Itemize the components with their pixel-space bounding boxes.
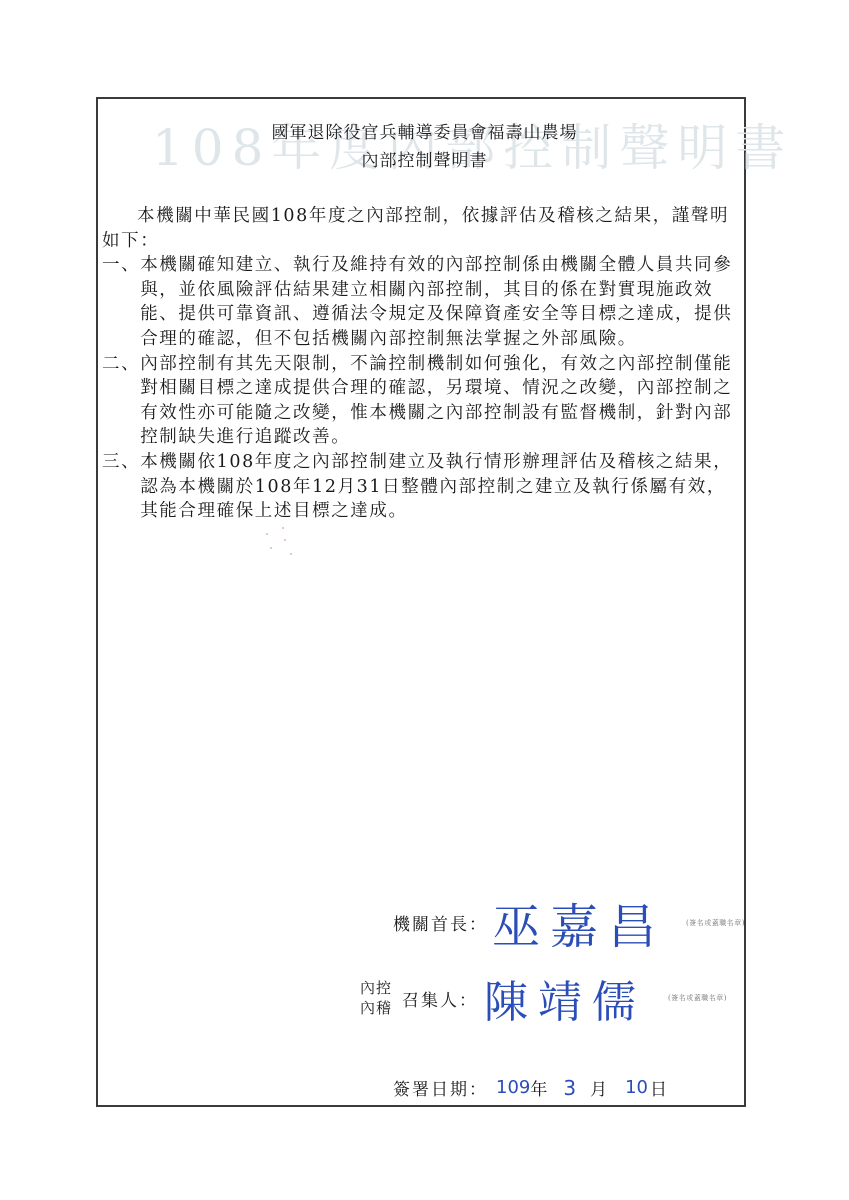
date-month: 3	[563, 1076, 576, 1100]
convener-signature: 陳靖儒	[484, 966, 646, 1030]
item-number: 一、	[102, 253, 140, 351]
date-year: 109	[496, 1077, 530, 1098]
head-signature: 巫嘉昌	[492, 888, 666, 957]
statement-item-3: 三、 本機關依108年度之內部控制建立及執行情形辦理評估及稽核之結果，認為本機關…	[102, 450, 738, 524]
day-unit: 日	[650, 1075, 669, 1100]
signing-date-row: 簽署日期： 109 年 3 月 10 日	[393, 1075, 669, 1100]
date-day: 10	[625, 1077, 648, 1098]
convener-signature-row: 內控 內稽 召集人： 陳靖儒 (簽名或蓋職名章)	[360, 966, 727, 1030]
year-unit: 年	[530, 1075, 549, 1100]
intro-paragraph: 本機關中華民國108年度之內部控制，依據評估及稽核之結果，謹聲明如下：	[102, 204, 738, 253]
statement-item-1: 一、 本機關確知建立、執行及維持有效的內部控制係由機關全體人員共同參與，並依風險…	[102, 253, 738, 351]
item-number: 三、	[102, 450, 140, 524]
signature-note: (簽名或蓋職名章)	[686, 918, 745, 928]
role-internal-control: 內控	[360, 978, 392, 998]
convener-label: 召集人：	[402, 986, 478, 1011]
statement-body: 本機關中華民國108年度之內部控制，依據評估及稽核之結果，謹聲明如下： 一、 本…	[102, 204, 738, 524]
item-number: 二、	[102, 352, 140, 450]
signature-note: (簽名或蓋職名章)	[668, 993, 727, 1003]
item-text: 內部控制有其先天限制，不論控制機制如何強化，有效之內部控制僅能對相關目標之達成提…	[140, 352, 738, 450]
date-label: 簽署日期：	[393, 1075, 488, 1100]
statement-item-2: 二、 內部控制有其先天限制，不論控制機制如何強化，有效之內部控制僅能對相關目標之…	[102, 352, 738, 450]
item-text: 本機關依108年度之內部控制建立及執行情形辦理評估及稽核之結果，認為本機關於10…	[140, 450, 738, 524]
faint-stamp-marks	[262, 525, 302, 565]
month-unit: 月	[590, 1075, 609, 1100]
head-label: 機關首長：	[393, 910, 488, 935]
role-internal-audit: 內稽	[360, 998, 392, 1018]
item-text: 本機關確知建立、執行及維持有效的內部控制係由機關全體人員共同參與，並依風險評估結…	[140, 253, 738, 351]
organization-title: 國軍退除役官兵輔導委員會福壽山農場	[0, 122, 849, 144]
role-stack: 內控 內稽	[360, 978, 392, 1018]
head-signature-row: 機關首長： 巫嘉昌 (簽名或蓋職名章)	[393, 888, 745, 957]
document-title: 內部控制聲明書	[0, 150, 849, 172]
